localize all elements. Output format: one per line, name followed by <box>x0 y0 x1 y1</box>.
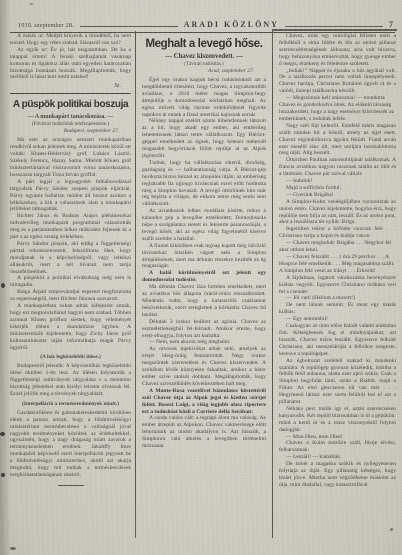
dateline-left: Budapest, szeptember 27. <box>10 128 131 134</box>
paragraph: — Nem, nem akarok még meghalni. <box>142 339 266 346</box>
page-number: 7 <box>389 20 395 29</box>
headline-left: A püspök politikai boszuja <box>10 99 131 111</box>
paragraph: — Chavez felszállt . . . 1 óra 29 percko… <box>279 254 396 275</box>
paragraph: — Leszáll! — kiabálták. <box>279 454 396 461</box>
paragraph: Az orvosok injekciókat adtak neki, amely… <box>142 346 266 387</box>
paragraph: — Chavez megindult: Brigába . . . Négyko… <box>279 240 396 254</box>
article-body-middle: Éjjel egy órakor kapjuk bécsi tudósítónk… <box>142 77 266 450</box>
paragraph: Majd a sofförhöz fordul: <box>279 185 396 192</box>
paragraph: Néhány perc múlik így el, aztán szerencs… <box>279 406 396 434</box>
previous-article-end: A másik ur: Medjét kinyerik a tőzsdéből,… <box>10 33 131 81</box>
paragraph: Gazdakörökben és gabonakereskedelmi körö… <box>10 410 131 479</box>
paragraph: Balga Árpád szepesváraljai esperest megf… <box>10 289 131 303</box>
paragraph <box>58 485 84 486</box>
paragraph: A fiumei kikötőben csak tegnap kapott mé… <box>142 243 266 271</box>
issue-date: 1910. szeptember 28. <box>10 22 74 29</box>
paragraph: Tudtuk, hogy ha vállalkozása sikerül, di… <box>142 160 266 208</box>
subtitle-main: — Chavez kiszenvedett. — <box>142 53 266 60</box>
header-rule-smudge <box>272 29 397 31</box>
paragraph: (Interpelláció a terméseredmények miatt.… <box>10 401 131 408</box>
masthead-title: ARADI KÖZLÖNY <box>184 20 279 29</box>
scan-speck <box>1 473 5 477</box>
paragraph: (A ház legközelebbi ülése.) <box>10 354 131 361</box>
paragraph: Ingerülten tekint a hófödte csúcsok felé… <box>279 226 396 240</box>
paragraph: Párvy Sándor püspök, aki eddig a függetl… <box>10 241 131 276</box>
paragraph: — Egy automobil! <box>279 316 396 323</box>
paragraph: — Indulok! <box>279 178 396 185</box>
paragraph: Csakugyan az úton előre haladt valami al… <box>279 323 396 358</box>
scan-speck <box>30 3 33 5</box>
paragraph: Budapestről jelentik: A képviselőház leg… <box>10 363 131 398</box>
byline-left: (Fővárosi tudósítónk telefonjelentése.) <box>10 122 131 127</box>
column-layout: A másik ur: Medjét kinyerik a tőzsdéből,… <box>8 31 397 546</box>
paragraph: Útközben Paulhan automobiljánál találkoz… <box>279 157 396 178</box>
paragraph: Az égboltozat széléből szakad ki mindenk… <box>279 358 396 406</box>
paragraph: De ismét a magasba szökik és nyílegyenes… <box>279 461 396 489</box>
newspaper-page-scan: 1910. szeptember 28. ARADI KÖZLÖNY 7 A m… <box>0 0 402 555</box>
paragraph: A fájdalmas, izgatott várakozásba heveny… <box>279 275 396 296</box>
paragraph: A csoda valóra vált: a tegnapi álom ma v… <box>142 415 266 450</box>
scan-speck <box>390 528 393 531</box>
paragraph: Chavez a Kulm mezőire száll, füstje elvé… <box>279 440 396 454</box>
paragraph: — Megszünnie kell utánoznia! — mondotta … <box>279 95 396 123</box>
article-body-left: Ma este az országos nemzeti munkapártban… <box>10 137 131 486</box>
paragraph: De nem látunk semmit. És most egy másik … <box>279 302 396 316</box>
header-rule-right <box>285 26 383 27</box>
scan-speck <box>10 547 16 550</box>
paragraph: A munkapártban sokan adtak kifejezést an… <box>10 303 131 351</box>
paragraph: Richter János és Rudnay Alajos plébánoso… <box>10 213 131 241</box>
article-body-right: Chavez, mint egy mitológiai félisten ese… <box>279 33 396 489</box>
article-divider-rule <box>10 93 131 94</box>
paragraph: Az egyik ur: Év jó, hát magasamban. De h… <box>10 47 131 82</box>
paragraph: A párt tagjai a legnagyobb felháborodáss… <box>10 179 131 214</box>
paragraph: Ma este az országos nemzeti munkapártban… <box>10 137 131 178</box>
paragraph: Éjjel egy órakor kapjuk bécsi tudósítónk… <box>142 77 266 118</box>
paragraph: A másik ur: Medjét kinyerik a tőzsdéből,… <box>10 33 131 47</box>
column-middle: Meghalt a levegő hőse. — Chavez kiszenve… <box>136 31 272 546</box>
column-left: A másik ur: Medjét kinyerik a tőzsdéből,… <box>8 31 135 546</box>
subtitle-left: — A munkapárt tanácskozása. — <box>10 114 131 120</box>
header-rule-left <box>80 26 178 27</box>
paragraph: A Monte-Rosa vezetőivel bámulatos hőstet… <box>142 388 266 416</box>
paragraph: Délután 3 órakor beállott az agónia. Cha… <box>142 319 266 340</box>
paragraph: Ma délután Chavez láza hirtelen emelkede… <box>142 284 266 319</box>
dateline-main: Arad, szeptember 27. <box>142 68 266 74</box>
column-right: Chavez, mint egy mitológiai félisten ese… <box>273 31 397 546</box>
paragraph: A Simplon-Kulm vendéglőjében vacsoráztak… <box>279 199 396 227</box>
paragraph: A püspököt a politikai elvakultság még n… <box>10 275 131 289</box>
paragraph: A halál körülményeiről ezt jelenti egy d… <box>142 270 266 284</box>
article-signature: Sz. <box>10 83 131 89</box>
paragraph: Az aviatikusok lelkes csodálata kísérte,… <box>142 208 266 243</box>
headline-main: Meghalt a levegő hőse. <box>142 38 266 51</box>
paragraph: Néhány nappal ezelőtt szinte hihetetlenn… <box>142 118 266 159</box>
paragraph: — Gyerünk Brigába! <box>279 192 396 199</box>
paragraph: Chavez, mint egy mitológiai félisten ese… <box>279 33 396 68</box>
paragraph: Nagy szél fújt keletről. Estefelé máris … <box>279 123 396 158</box>
paragraph: „Indiák!” Nappal és éjszaka a hős ágyáná… <box>279 68 396 96</box>
scan-speck <box>1 283 5 288</box>
byline-main: (Távirati tudósítás.) <box>142 62 266 67</box>
scan-speck <box>0 432 5 436</box>
